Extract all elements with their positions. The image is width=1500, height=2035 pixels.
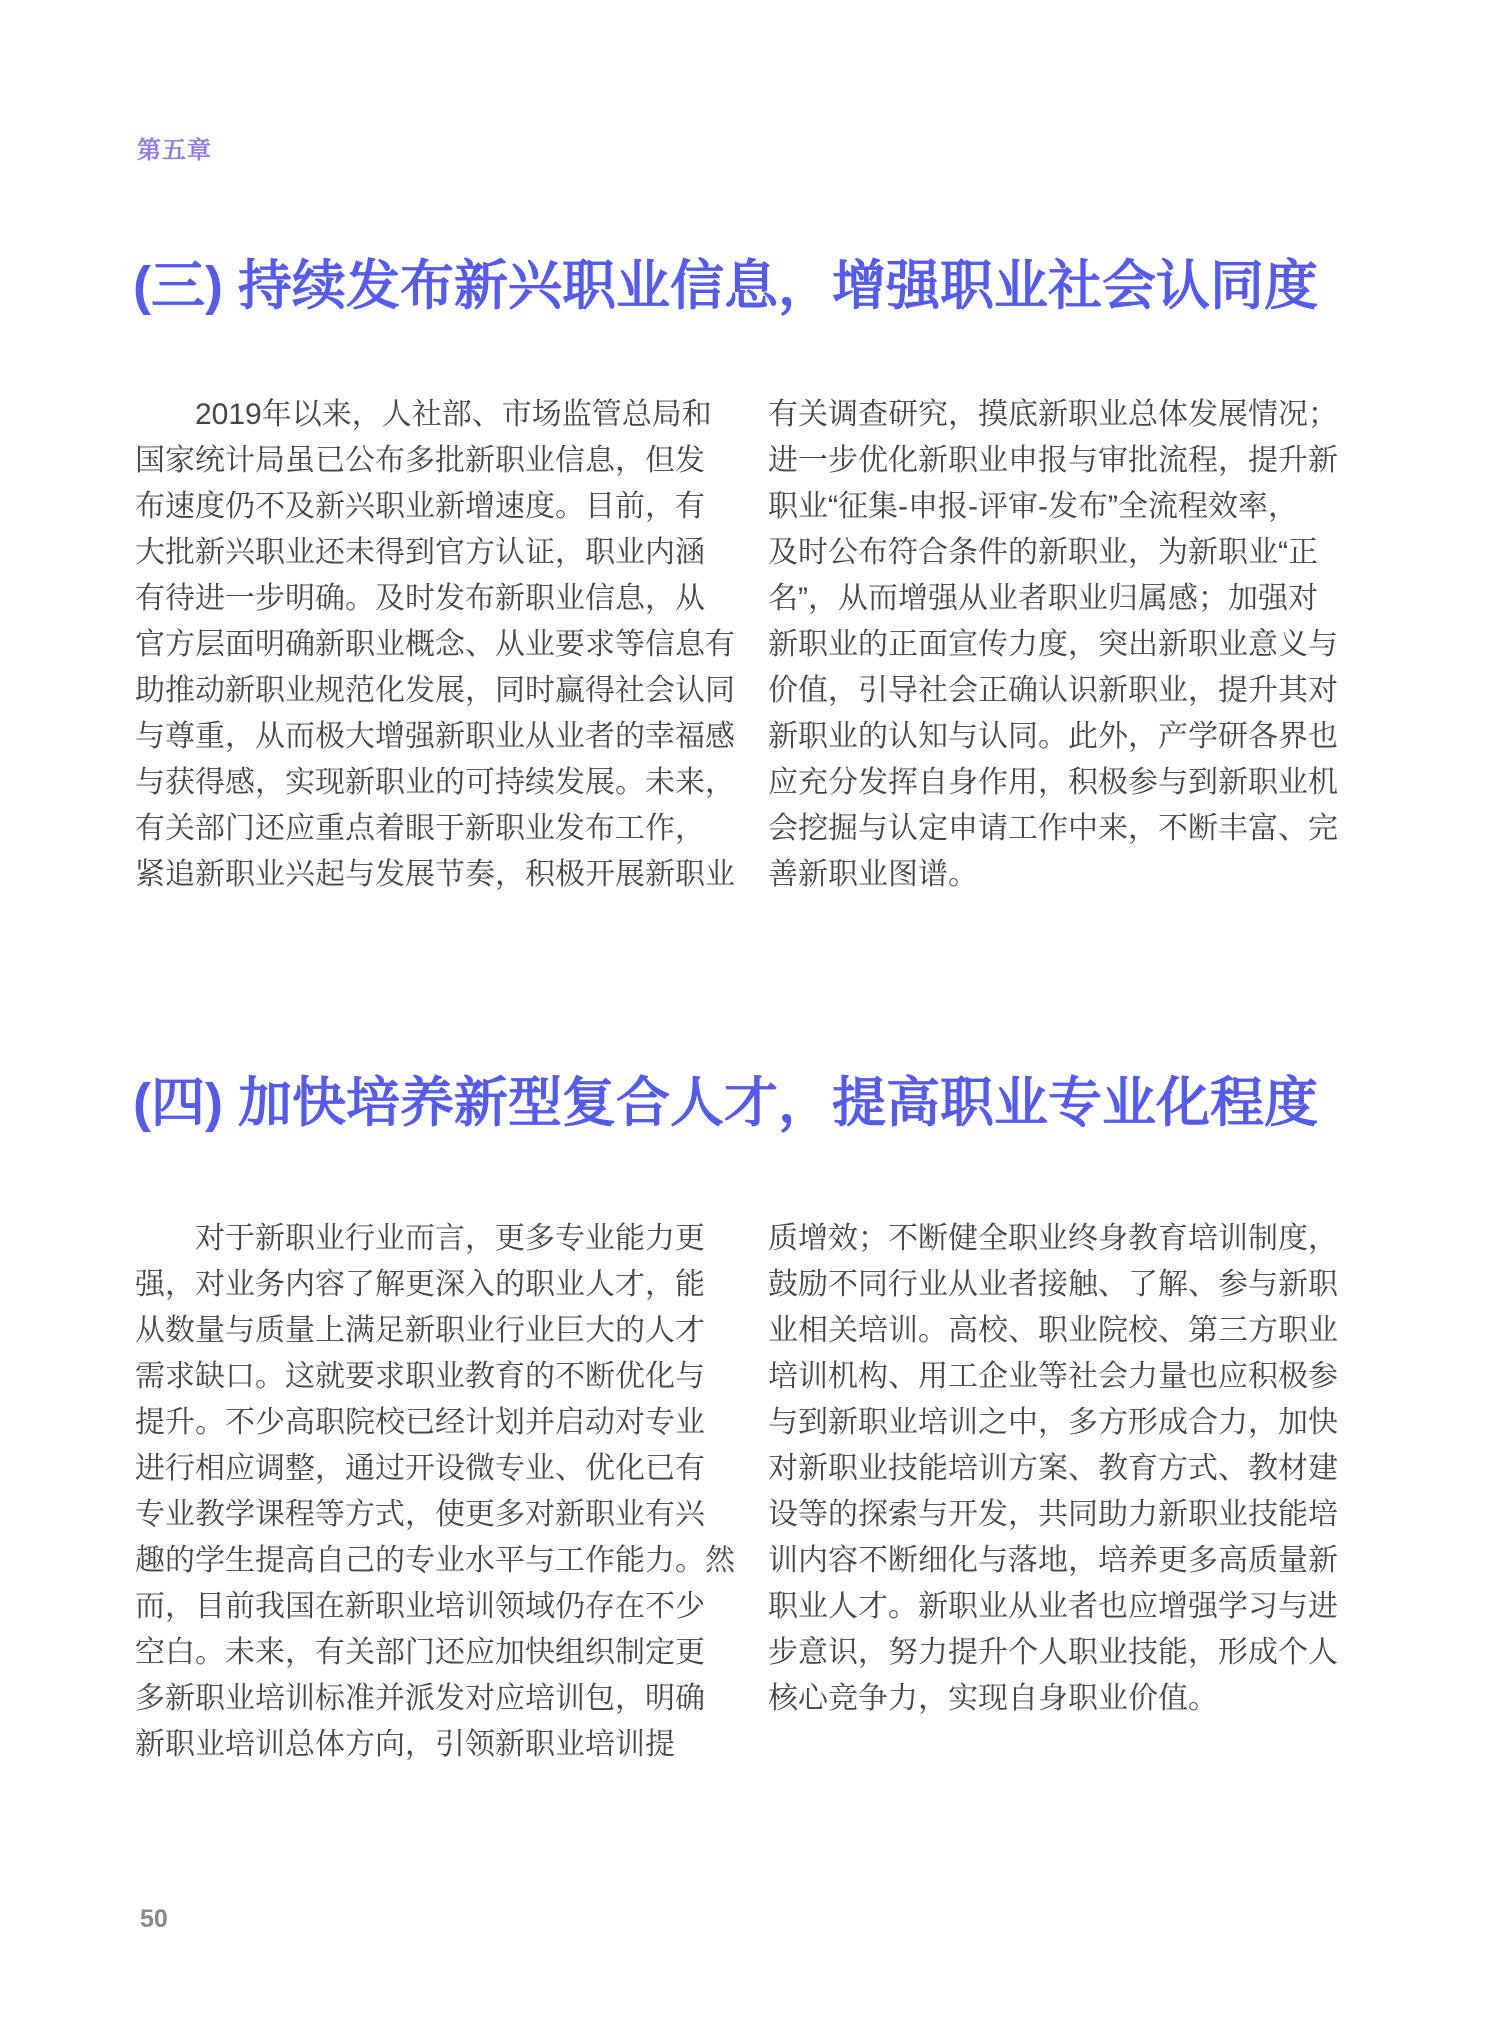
text-line: 与尊重，从而极大增强新职业从业者的幸福感 — [135, 714, 745, 760]
text-line: 进行相应调整，通过开设微专业、优化已有 — [135, 1446, 745, 1492]
text-line: 与获得感，实现新职业的可持续发展。未来， — [135, 760, 745, 806]
text-line: 有关调查研究，摸底新职业总体发展情况； — [768, 392, 1378, 438]
text-line: 有关部门还应重点着眼于新职业发布工作， — [135, 806, 745, 852]
text-line: 需求缺口。这就要求职业教育的不断优化与 — [135, 1354, 745, 1400]
text-line: 新职业培训总体方向，引领新职业培训提 — [135, 1722, 745, 1768]
text-line: 质增效；不断健全职业终身教育培训制度， — [768, 1216, 1378, 1262]
text-line: 价值，引导社会正确认识新职业，提升其对 — [768, 668, 1378, 714]
page-number: 50 — [140, 1905, 168, 1934]
text-line: 职业“征集-申报-评审-发布”全流程效率， — [768, 484, 1378, 530]
text-line: 多新职业培训标准并派发对应培训包，明确 — [135, 1676, 745, 1722]
text-line: 提升。不少高职院校已经计划并启动对专业 — [135, 1400, 745, 1446]
section-3-right-column: 有关调查研究，摸底新职业总体发展情况；进一步优化新职业申报与审批流程，提升新职业… — [768, 392, 1378, 898]
text-line: 2019年以来，人社部、市场监管总局和 — [135, 392, 745, 438]
text-line: 名”，从而增强从业者职业归属感；加强对 — [768, 576, 1378, 622]
text-line: 趣的学生提高自己的专业水平与工作能力。然 — [135, 1538, 745, 1584]
text-line: 新职业的正面宣传力度，突出新职业意义与 — [768, 622, 1378, 668]
text-line: 空白。未来，有关部门还应加快组织制定更 — [135, 1630, 745, 1676]
section-3-left-column: 2019年以来，人社部、市场监管总局和国家统计局虽已公布多批新职业信息，但发布速… — [135, 392, 745, 898]
text-line: 布速度仍不及新兴职业新增速度。目前，有 — [135, 484, 745, 530]
text-line: 职业人才。新职业从业者也应增强学习与进 — [768, 1584, 1378, 1630]
text-line: 有待进一步明确。及时发布新职业信息，从 — [135, 576, 745, 622]
text-line: 官方层面明确新职业概念、从业要求等信息有 — [135, 622, 745, 668]
text-line: 应充分发挥自身作用，积极参与到新职业机 — [768, 760, 1378, 806]
section-3-heading: (三) 持续发布新兴职业信息，增强职业社会认同度 — [133, 243, 1318, 320]
section-4-heading: (四) 加快培养新型复合人才，提高职业专业化程度 — [133, 1060, 1318, 1137]
text-line: 善新职业图谱。 — [768, 852, 1378, 898]
text-line: 及时公布符合条件的新职业，为新职业“正 — [768, 530, 1378, 576]
document-page: 第五章 (三) 持续发布新兴职业信息，增强职业社会认同度 2019年以来，人社部… — [0, 0, 1500, 2035]
text-line: 步意识，努力提升个人职业技能，形成个人 — [768, 1630, 1378, 1676]
text-line: 紧追新职业兴起与发展节奏，积极开展新职业 — [135, 852, 745, 898]
text-line: 业相关培训。高校、职业院校、第三方职业 — [768, 1308, 1378, 1354]
text-line: 鼓励不同行业从业者接触、了解、参与新职 — [768, 1262, 1378, 1308]
text-line: 而，目前我国在新职业培训领域仍存在不少 — [135, 1584, 745, 1630]
text-line: 强，对业务内容了解更深入的职业人才，能 — [135, 1262, 745, 1308]
text-line: 助推动新职业规范化发展，同时赢得社会认同 — [135, 668, 745, 714]
text-line: 国家统计局虽已公布多批新职业信息，但发 — [135, 438, 745, 484]
section-4-left-column: 对于新职业行业而言，更多专业能力更强，对业务内容了解更深入的职业人才，能从数量与… — [135, 1216, 745, 1768]
text-line: 训内容不断细化与落地，培养更多高质量新 — [768, 1538, 1378, 1584]
text-line: 从数量与质量上满足新职业行业巨大的人才 — [135, 1308, 745, 1354]
text-line: 对于新职业行业而言，更多专业能力更 — [135, 1216, 745, 1262]
text-line: 与到新职业培训之中，多方形成合力，加快 — [768, 1400, 1378, 1446]
section-4-right-column: 质增效；不断健全职业终身教育培训制度，鼓励不同行业从业者接触、了解、参与新职业相… — [768, 1216, 1378, 1722]
text-line: 新职业的认知与认同。此外，产学研各界也 — [768, 714, 1378, 760]
chapter-header: 第五章 — [137, 130, 212, 165]
text-line: 设等的探索与开发，共同助力新职业技能培 — [768, 1492, 1378, 1538]
text-line: 进一步优化新职业申报与审批流程，提升新 — [768, 438, 1378, 484]
text-line: 核心竞争力，实现自身职业价值。 — [768, 1676, 1378, 1722]
text-line: 大批新兴职业还未得到官方认证，职业内涵 — [135, 530, 745, 576]
text-line: 对新职业技能培训方案、教育方式、教材建 — [768, 1446, 1378, 1492]
text-line: 专业教学课程等方式，使更多对新职业有兴 — [135, 1492, 745, 1538]
text-line: 会挖掘与认定申请工作中来，不断丰富、完 — [768, 806, 1378, 852]
text-line: 培训机构、用工企业等社会力量也应积极参 — [768, 1354, 1378, 1400]
